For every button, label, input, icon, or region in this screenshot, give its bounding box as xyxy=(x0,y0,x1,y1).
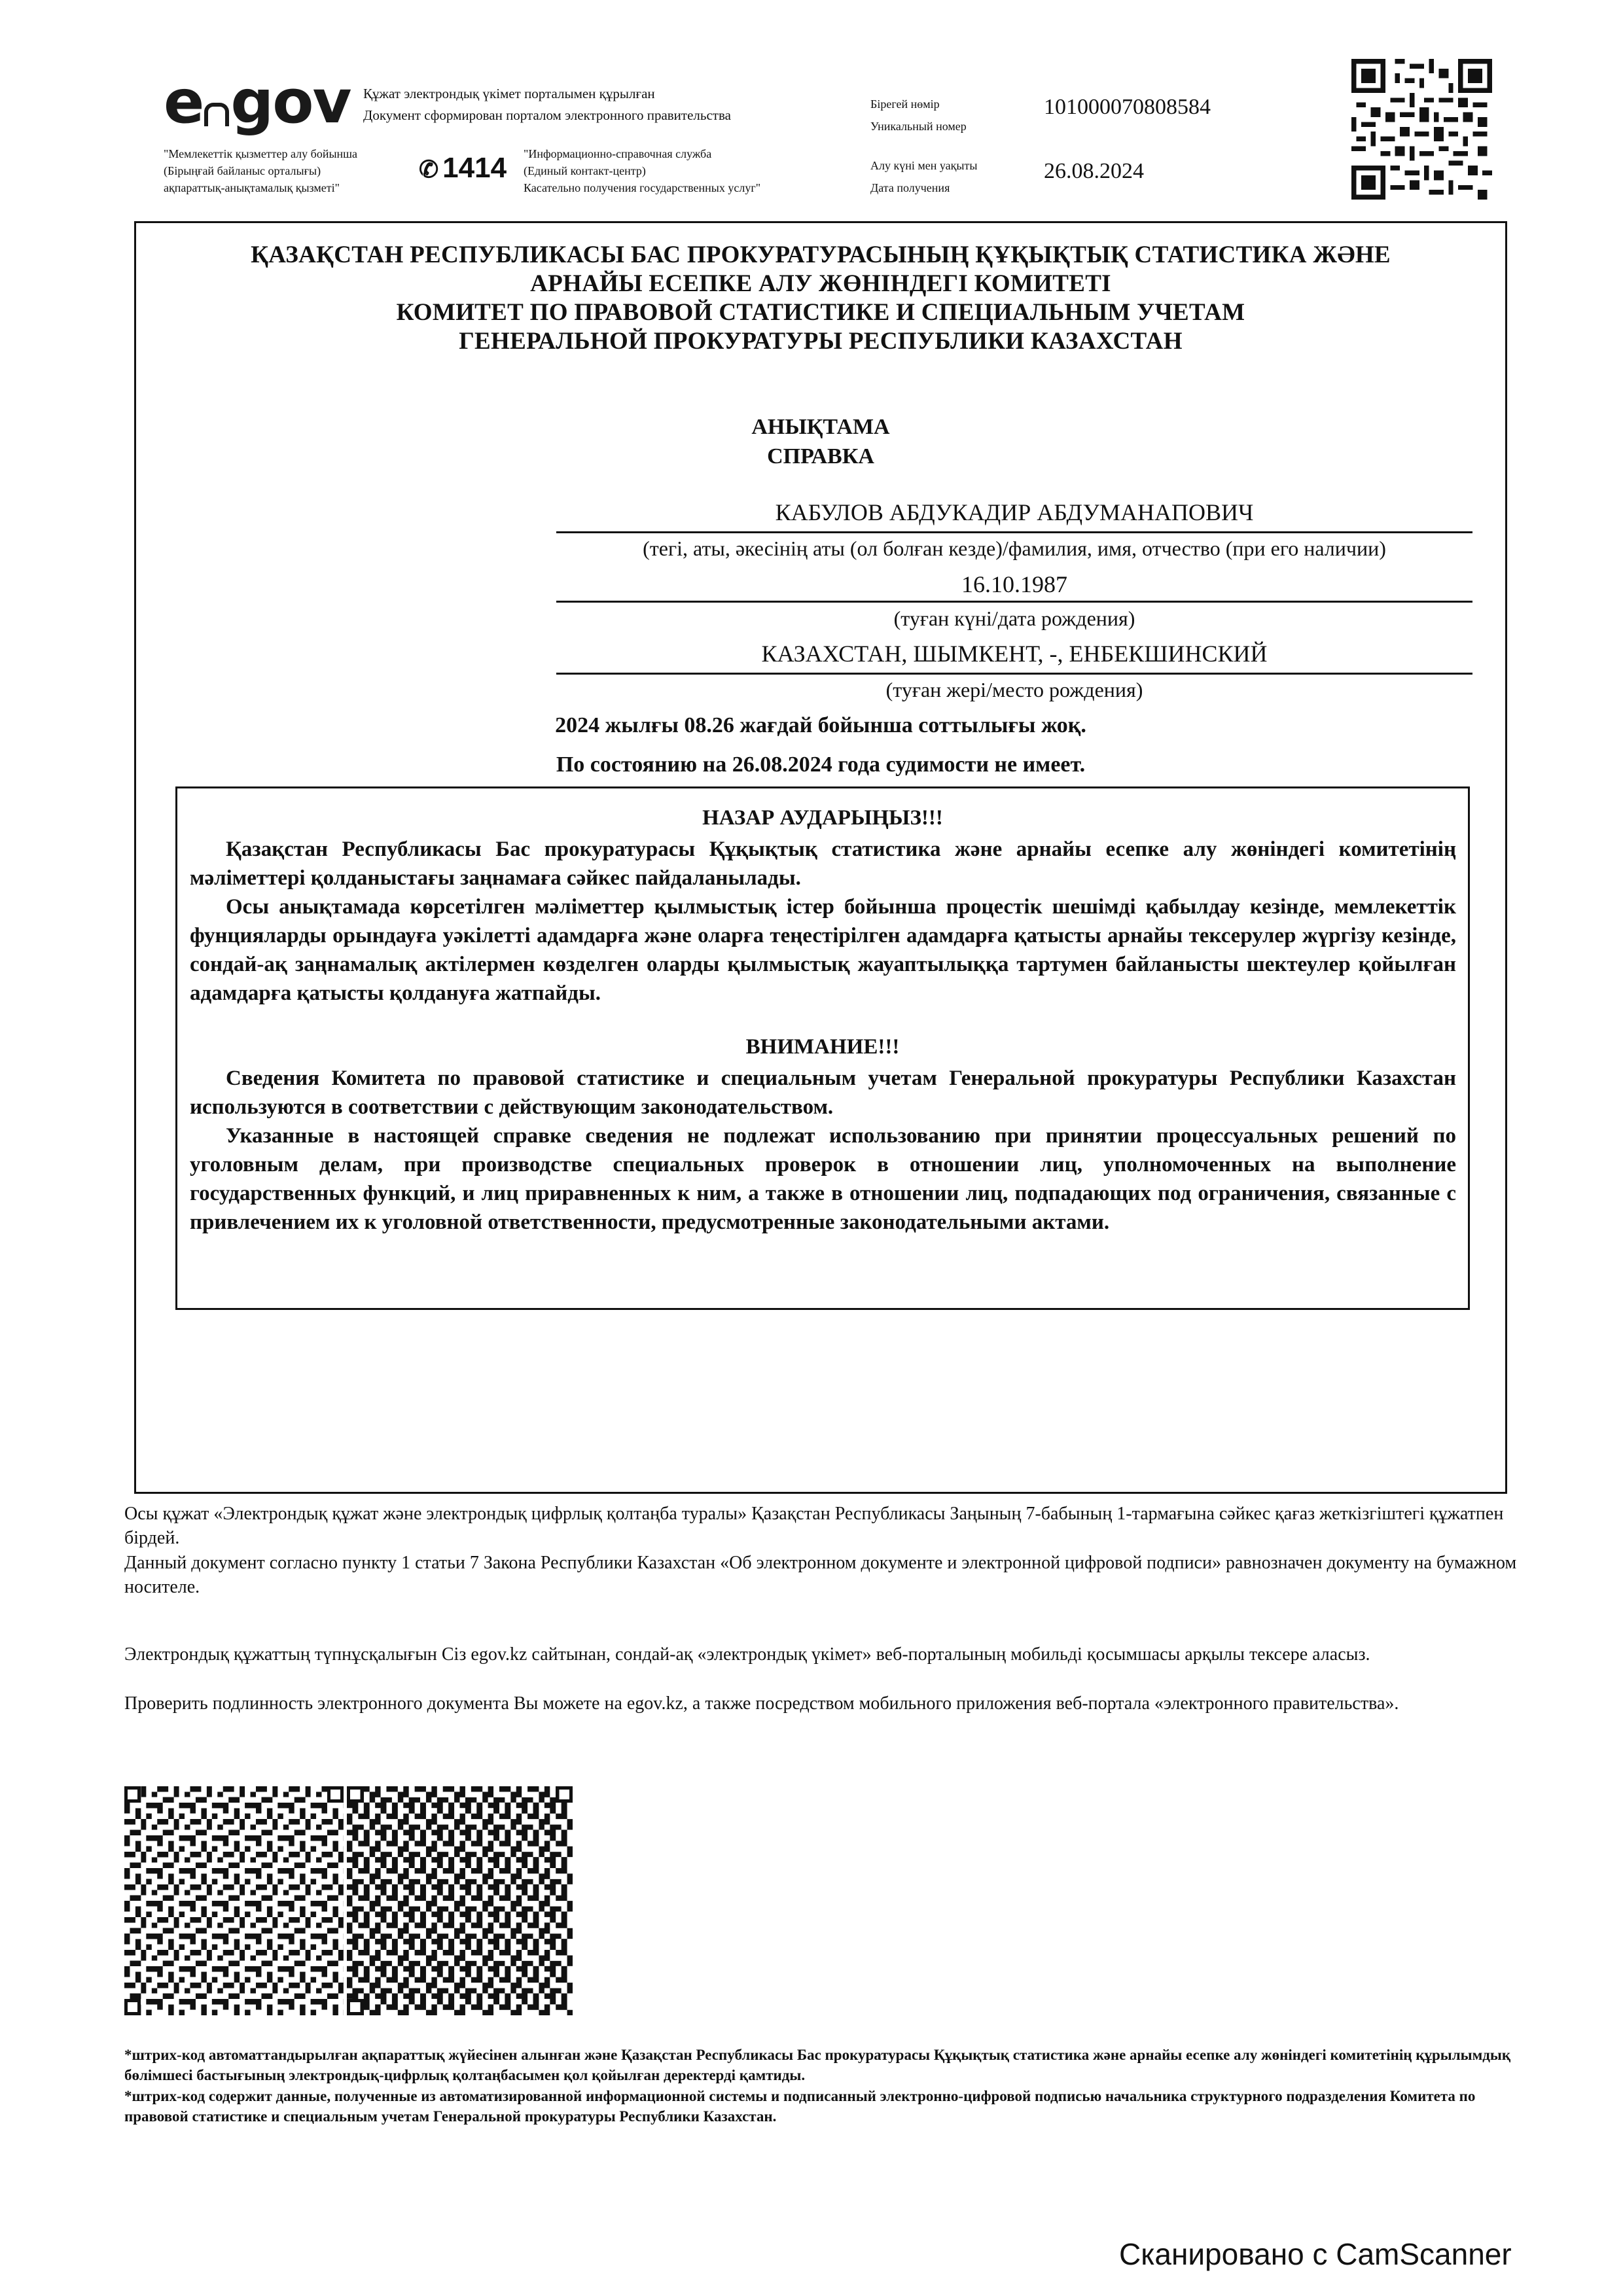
logo-e: e xyxy=(164,72,203,132)
conviction-status-kz: 2024 жылғы 08.26 жағдай бойынша соттылығ… xyxy=(134,713,1507,738)
org-line: АРНАЙЫ ЕСЕПКЕ АЛУ ЖӨНІНДЕГІ КОМИТЕТІ xyxy=(134,270,1507,298)
birth-date-caption: (туған күні/дата рождения) xyxy=(556,607,1472,631)
birth-place-caption: (туған жері/место рождения) xyxy=(556,678,1472,702)
date-label-kz: Алу күні мен уақыты xyxy=(870,154,977,177)
org-line: КОМИТЕТ ПО ПРАВОВОЙ СТАТИСТИКЕ И СПЕЦИАЛ… xyxy=(134,298,1507,327)
verify-notice-kz: Электрондық құжаттың түпнұсқалығын Сіз e… xyxy=(124,1642,1525,1667)
legal-notice-ru: Данный документ согласно пункту 1 статьи… xyxy=(124,1551,1525,1599)
unique-number-label-ru: Уникальный номер xyxy=(870,115,967,137)
service-ru-line: "Информационно-справочная служба xyxy=(524,145,760,162)
service-ru-line: (Единый контакт-центр) xyxy=(524,162,760,179)
document-title: АНЫҚТАМА СПРАВКА xyxy=(134,412,1507,471)
barcode-note-kz: *штрих-код автоматтандырылған ақпараттық… xyxy=(124,2045,1525,2085)
verify-notice-ru: Проверить подлинность электронного докум… xyxy=(124,1691,1525,1716)
egov-emblem-icon xyxy=(204,103,229,126)
service-ru-line: Касательно получения государственных усл… xyxy=(524,179,760,196)
camscanner-watermark: Сканировано с CamScanner xyxy=(1119,2236,1512,2272)
service-kz-line: (Бірыңғай байланыс орталығы) xyxy=(164,162,357,179)
portal-notice-ru: Документ сформирован порталом электронно… xyxy=(363,105,731,126)
attention-heading-kz: НАЗАР АУДАРЫҢЫЗ!!! xyxy=(175,806,1470,830)
attention-text-kz-2: Осы анықтамада көрсетілген мәліметтер қы… xyxy=(190,892,1456,1008)
birth-place: КАЗАХСТАН, ШЫМКЕНТ, -, ЕНБЕКШИНСКИЙ xyxy=(556,640,1472,667)
issuing-organization: ҚАЗАҚСТАН РЕСПУБЛИКАСЫ БАС ПРОКУРАТУРАСЫ… xyxy=(134,241,1507,356)
phone-icon: ✆ xyxy=(419,156,438,183)
unique-number-label-kz: Бірегей нөмір xyxy=(870,93,967,115)
attention-text-kz-1: Қазақстан Республикасы Бас прокуратурасы… xyxy=(190,835,1456,892)
service-desk-kz: "Мемлекеттік қызметтер алу бойынша (Біры… xyxy=(164,145,357,196)
service-kz-line: "Мемлекеттік қызметтер алу бойынша xyxy=(164,145,357,162)
attention-text-ru-2: Указанные в настоящей справке сведения н… xyxy=(190,1122,1456,1237)
2d-barcode-icon xyxy=(347,1786,573,2015)
logo-gov: gov xyxy=(230,72,350,132)
date-label-ru: Дата получения xyxy=(870,177,977,199)
document-title-kz: АНЫҚТАМА xyxy=(134,412,1507,442)
conviction-status-ru: По состоянию на 26.08.2024 года судимост… xyxy=(134,752,1507,777)
contact-phone: ✆1414 xyxy=(419,152,507,185)
date-labels: Алу күні мен уақыты Дата получения xyxy=(870,154,977,199)
portal-notice-kz: Құжат электрондық үкімет порталымен құры… xyxy=(363,83,731,105)
document-title-ru: СПРАВКА xyxy=(134,442,1507,471)
attention-text-ru-1: Сведения Комитета по правовой статистике… xyxy=(190,1064,1456,1122)
divider xyxy=(556,601,1472,603)
service-desk-ru: "Информационно-справочная служба (Единый… xyxy=(524,145,760,196)
divider xyxy=(556,673,1472,675)
attention-heading-ru: ВНИМАНИЕ!!! xyxy=(175,1035,1470,1059)
issue-date: 26.08.2024 xyxy=(1044,159,1144,184)
full-name-caption: (тегі, аты, әкесінің аты (ол болған кезд… xyxy=(556,537,1472,561)
full-name: КАБУЛОВ АБДУКАДИР АБДУМАНАПОВИЧ xyxy=(556,499,1472,526)
portal-notice: Құжат электрондық үкімет порталымен құры… xyxy=(363,83,731,126)
phone-number: 1414 xyxy=(442,152,507,184)
egov-logo: egov xyxy=(164,72,350,132)
unique-number: 101000070808584 xyxy=(1044,95,1211,120)
qr-code-icon xyxy=(1351,59,1492,200)
legal-notice-kz: Осы құжат «Электрондық құжат және электр… xyxy=(124,1502,1525,1550)
org-line: ГЕНЕРАЛЬНОЙ ПРОКУРАТУРЫ РЕСПУБЛИКИ КАЗАХ… xyxy=(134,327,1507,356)
service-kz-line: ақпараттық-анықтамалық қызметі" xyxy=(164,179,357,196)
divider xyxy=(556,531,1472,533)
birth-date: 16.10.1987 xyxy=(556,571,1472,598)
barcode-note-ru: *штрих-код содержит данные, полученные и… xyxy=(124,2086,1525,2127)
org-line: ҚАЗАҚСТАН РЕСПУБЛИКАСЫ БАС ПРОКУРАТУРАСЫ… xyxy=(134,241,1507,270)
2d-barcode-icon xyxy=(124,1786,344,2015)
unique-number-labels: Бірегей нөмір Уникальный номер xyxy=(870,93,967,137)
